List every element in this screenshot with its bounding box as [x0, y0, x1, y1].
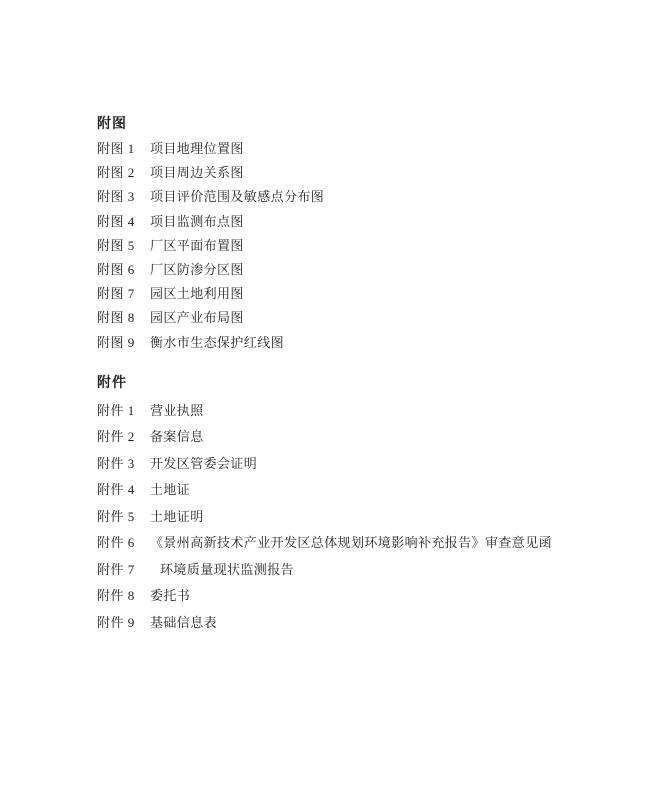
attachment-list-item: 附件 3开发区管委会证明	[97, 451, 617, 478]
figure-item-title: 项目地理位置图	[150, 141, 244, 156]
figure-list-item: 附图 1项目地理位置图	[97, 137, 617, 161]
attachment-item-label: 附件 9	[97, 610, 141, 637]
attachment-item-title: 委托书	[150, 588, 190, 603]
figure-item-title: 园区产业布局图	[150, 310, 244, 325]
figure-item-label: 附图 8	[97, 306, 141, 330]
figures-list: 附图 1项目地理位置图 附图 2项目周边关系图 附图 3项目评价范围及敏感点分布…	[97, 137, 617, 355]
figure-list-item: 附图 5厂区平面布置图	[97, 234, 617, 258]
figure-item-title: 项目监测布点图	[150, 214, 244, 229]
figure-item-label: 附图 5	[97, 234, 141, 258]
figure-item-label: 附图 4	[97, 210, 141, 234]
figure-item-label: 附图 9	[97, 331, 141, 355]
attachment-list-item: 附件 4土地证	[97, 477, 617, 504]
figures-section-heading: 附图	[97, 117, 617, 133]
attachment-item-title: 开发区管委会证明	[150, 456, 257, 471]
attachment-item-title: 基础信息表	[150, 615, 217, 630]
figure-list-item: 附图 8园区产业布局图	[97, 306, 617, 330]
attachment-item-title: 营业执照	[150, 403, 204, 418]
figure-item-title: 厂区防渗分区图	[150, 262, 244, 277]
figure-item-title: 项目评价范围及敏感点分布图	[150, 189, 324, 204]
attachments-list: 附件 1营业执照 附件 2备案信息 附件 3开发区管委会证明 附件 4土地证 附…	[97, 398, 617, 637]
document-page: 附图 附图 1项目地理位置图 附图 2项目周边关系图 附图 3项目评价范围及敏感…	[0, 0, 669, 812]
figure-item-title: 项目周边关系图	[150, 165, 244, 180]
figure-list-item: 附图 3项目评价范围及敏感点分布图	[97, 185, 617, 209]
figure-list-item: 附图 6厂区防渗分区图	[97, 258, 617, 282]
attachments-section-heading: 附件	[97, 376, 617, 392]
figure-list-item: 附图 4项目监测布点图	[97, 210, 617, 234]
figure-item-title: 园区土地利用图	[150, 286, 244, 301]
figure-item-label: 附图 3	[97, 185, 141, 209]
page-content: 附图 附图 1项目地理位置图 附图 2项目周边关系图 附图 3项目评价范围及敏感…	[97, 117, 617, 636]
attachment-item-label: 附件 4	[97, 477, 141, 504]
attachment-item-label: 附件 8	[97, 583, 141, 610]
attachment-list-item: 附件 5土地证明	[97, 504, 617, 531]
figure-item-title: 厂区平面布置图	[150, 238, 244, 253]
attachment-item-label: 附件 6	[97, 530, 141, 557]
attachment-item-title: 土地证明	[150, 509, 204, 524]
attachment-item-label: 附件 1	[97, 398, 141, 425]
figure-item-label: 附图 1	[97, 137, 141, 161]
attachment-item-title: 《景州高新技术产业开发区总体规划环境影响补充报告》审查意见函	[150, 535, 552, 550]
figure-list-item: 附图 2项目周边关系图	[97, 161, 617, 185]
figure-list-item: 附图 9衡水市生态保护红线图	[97, 331, 617, 355]
attachment-item-title: 备案信息	[150, 429, 204, 444]
attachment-item-label: 附件 2	[97, 424, 141, 451]
figure-item-label: 附图 2	[97, 161, 141, 185]
attachment-list-item: 附件 8委托书	[97, 583, 617, 610]
attachment-item-label: 附件 7	[97, 557, 141, 584]
attachment-list-item: 附件 1营业执照	[97, 398, 617, 425]
figure-item-title: 衡水市生态保护红线图	[150, 335, 284, 350]
figure-list-item: 附图 7园区土地利用图	[97, 282, 617, 306]
attachment-list-item: 附件 7环境质量现状监测报告	[97, 557, 617, 584]
figure-item-label: 附图 6	[97, 258, 141, 282]
attachment-list-item: 附件 9基础信息表	[97, 610, 617, 637]
attachment-list-item: 附件 2备案信息	[97, 424, 617, 451]
attachment-item-title: 土地证	[150, 482, 190, 497]
attachment-item-title: 环境质量现状监测报告	[160, 562, 294, 577]
attachment-item-label: 附件 3	[97, 451, 141, 478]
figure-item-label: 附图 7	[97, 282, 141, 306]
attachment-list-item: 附件 6《景州高新技术产业开发区总体规划环境影响补充报告》审查意见函	[97, 530, 617, 557]
attachment-item-label: 附件 5	[97, 504, 141, 531]
